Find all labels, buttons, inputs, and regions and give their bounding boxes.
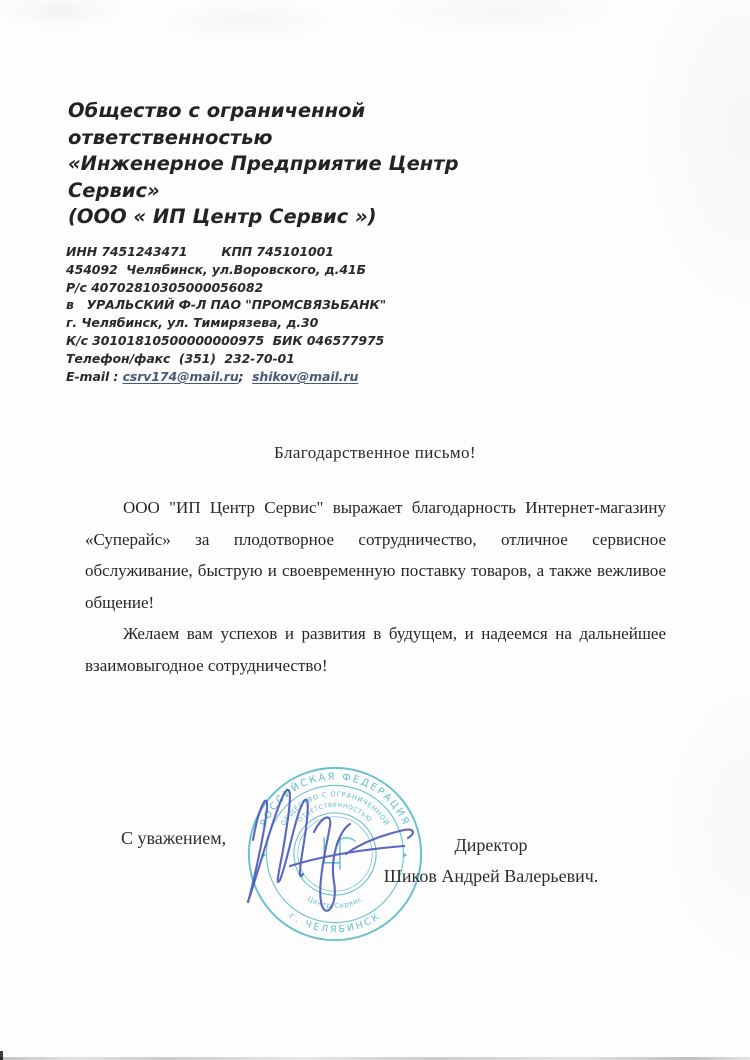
signatory-block: Директор Шиков Андрей Валерьевич. <box>368 830 614 892</box>
closing-phrase: С уважением, <box>121 828 226 849</box>
letter-title: Благодарственное письмо! <box>160 443 590 463</box>
settlement-account-line: Р/с 40702810305000056082 <box>66 279 486 297</box>
inn-kpp-line: ИНН 7451243471 КПП 745101001 <box>66 243 486 261</box>
email-line: E-mail : csrv174@mail.ru; shikov@mail.ru <box>66 368 486 386</box>
letterhead-line: «Инженерное Предприятие Центр <box>68 151 468 178</box>
signatory-position: Директор <box>368 830 614 861</box>
company-details: ИНН 7451243471 КПП 745101001 454092 Челя… <box>66 243 486 385</box>
email-separator: ; <box>239 369 252 384</box>
scan-corner-artifact <box>0 1051 3 1060</box>
scanned-letter-page: Общество с ограниченной ответственностью… <box>0 0 750 1060</box>
email-address-1: csrv174@mail.ru <box>123 369 239 384</box>
body-paragraph-2: Желаем вам успехов и развития в будущем,… <box>85 618 666 681</box>
letter-body: ООО "ИП Центр Сервис" выражает благодарн… <box>85 492 666 681</box>
bank-address-line: г. Челябинск, ул. Тимирязева, д.30 <box>66 314 486 332</box>
letterhead-line: ответственностью <box>68 125 468 152</box>
phone-fax-line: Телефон/факс (351) 232-70-01 <box>66 350 486 368</box>
email-address-2: shikov@mail.ru <box>252 369 358 384</box>
letterhead-line: (ООО « ИП Центр Сервис ») <box>68 204 468 231</box>
corr-account-bik-line: К/с 30101810500000000975 БИК 046577975 <box>66 332 486 350</box>
bank-name-line: в УРАЛЬСКИЙ Ф-Л ПАО "ПРОМСВЯЗЬБАНК" <box>66 296 486 314</box>
signatory-name: Шиков Андрей Валерьевич. <box>368 861 614 892</box>
body-paragraph-1: ООО "ИП Центр Сервис" выражает благодарн… <box>85 492 666 618</box>
email-label: E-mail : <box>66 369 123 384</box>
company-letterhead: Общество с ограниченной ответственностью… <box>68 98 468 231</box>
address-line: 454092 Челябинск, ул.Воровского, д.41Б <box>66 261 486 279</box>
letterhead-line: Общество с ограниченной <box>68 98 468 125</box>
letterhead-line: Сервис» <box>68 178 468 205</box>
